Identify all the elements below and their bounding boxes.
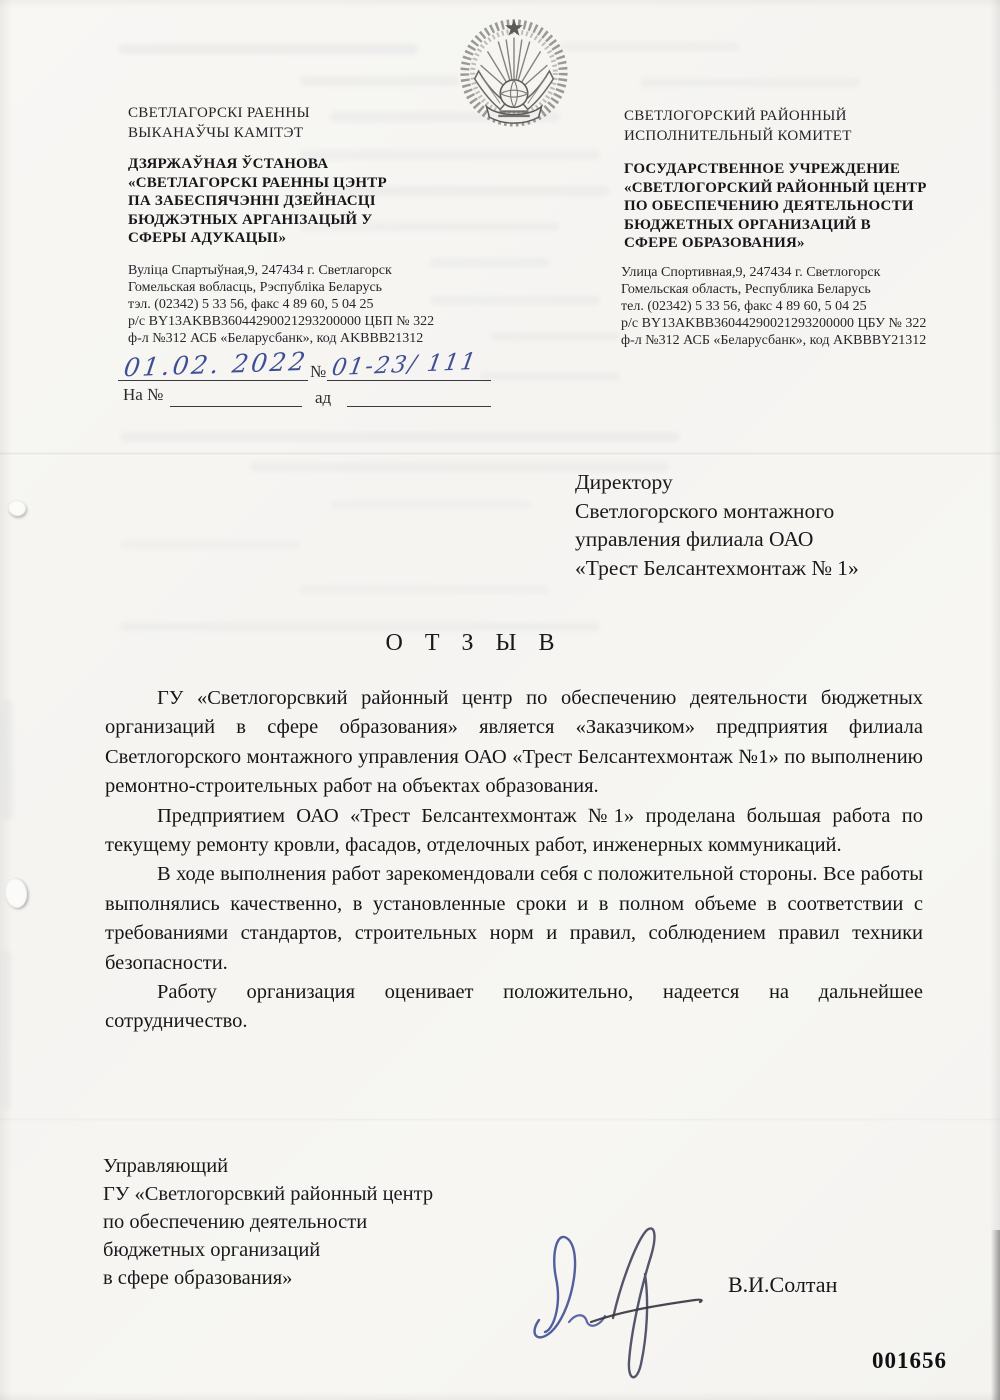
right-address-line: Гомельская область, Республика Беларусь xyxy=(621,281,926,298)
number-sign-label: № xyxy=(310,362,326,382)
left-committee-line1: СВЕТЛАГОРСКІ РАЕННЫ xyxy=(128,103,310,123)
signer-position-line: в сфере образования» xyxy=(103,1264,433,1292)
left-address-line: Вуліца Спартыўная,9, 247434 г. Светлагор… xyxy=(128,262,434,279)
bleed-through-artifact xyxy=(120,432,680,442)
left-org-line: ДЗЯРЖАЎНАЯ ЎСТАНОВА xyxy=(128,155,387,174)
number-underline xyxy=(327,380,491,381)
recipient-line: Светлогорского монтажного xyxy=(575,497,859,526)
left-org-line: СФЕРЫ АДУКАЦЫІ» xyxy=(128,229,387,248)
recipient-block: Директору Светлогорского монтажного упра… xyxy=(575,468,859,582)
right-org-line: «СВЕТЛОГОРСКИЙ РАЙОННЫЙ ЦЕНТР xyxy=(624,179,927,198)
scan-edge-shadow xyxy=(991,1230,1000,1400)
handwritten-date: 01.02. 2022 xyxy=(122,347,310,383)
signer-position-line: по обеспечению деятельности xyxy=(103,1208,433,1236)
belarus-coat-of-arms-emblem xyxy=(455,12,573,130)
body-paragraph: ГУ «Светлогорсвкий районный центр по обе… xyxy=(105,684,923,802)
bleed-through-artifact xyxy=(640,78,860,87)
document-title: О Т З Ы В xyxy=(0,630,945,657)
coat-of-arms-icon xyxy=(455,12,573,130)
left-address-line: Гомельская вобласць, Рэспубліка Беларусь xyxy=(128,279,434,296)
right-address-block: Улица Спортивная,9, 247434 г. Светлогорс… xyxy=(621,264,926,349)
left-address-line: ф-л №312 АСБ «Беларусбанк», код AKBBB213… xyxy=(128,330,434,347)
right-committee-name: СВЕТЛОГОРСКИЙ РАЙОННЫЙ ИСПОЛНИТЕЛЬНЫЙ КО… xyxy=(624,106,852,146)
right-address-line: Улица Спортивная,9, 247434 г. Светлогорс… xyxy=(621,264,926,281)
bleed-through-artifact xyxy=(2,950,12,1110)
signer-position-line: Управляющий xyxy=(103,1152,433,1180)
signer-position-line: бюджетных организаций xyxy=(103,1236,433,1264)
incoming-number-underline xyxy=(170,406,302,407)
right-organization-name: ГОСУДАРСТВЕННОЕ УЧРЕЖДЕНИЕ «СВЕТЛОГОРСКИ… xyxy=(624,160,927,253)
bleed-through-artifact xyxy=(330,500,530,509)
ad-underline xyxy=(347,406,491,407)
bleed-through-artifact xyxy=(430,296,600,305)
body-paragraph: Предприятием ОАО «Трест Белсантехмонтаж … xyxy=(105,802,923,861)
left-committee-name: СВЕТЛАГОРСКІ РАЕННЫ ВЫКАНАЎЧЫ КАМІТЭТ xyxy=(128,103,310,143)
handwritten-outgoing-number: 01-23/ 111 xyxy=(330,349,480,382)
right-org-line: СФЕРЕ ОБРАЗОВАНИЯ» xyxy=(624,234,927,253)
date-underline xyxy=(118,380,308,381)
right-address-line: р/с BY13AKBB36044290021293200000 ЦБУ № 3… xyxy=(621,315,926,332)
bleed-through-artifact xyxy=(300,76,460,86)
signature-icon xyxy=(525,1222,725,1392)
bleed-through-artifact xyxy=(490,332,620,341)
recipient-line: Директору xyxy=(575,468,859,497)
right-committee-line1: СВЕТЛОГОРСКИЙ РАЙОННЫЙ xyxy=(624,106,852,126)
bleed-through-artifact xyxy=(2,700,14,820)
letter-body: ГУ «Светлогорсвкий районный центр по обе… xyxy=(105,684,923,1037)
paper-crease xyxy=(0,452,1000,455)
body-paragraph: Работу организация оценивает положительн… xyxy=(105,978,923,1037)
paper-defect xyxy=(6,498,28,518)
na-number-label: На № xyxy=(123,385,163,405)
right-address-line: ф-л №312 АСБ «Беларусбанк», код AKBBBY21… xyxy=(621,332,926,349)
bleed-through-artifact xyxy=(560,42,740,51)
left-committee-line2: ВЫКАНАЎЧЫ КАМІТЭТ xyxy=(128,123,310,143)
left-address-line: тэл. (02342) 5 33 56, факс 4 89 60, 5 04… xyxy=(128,296,434,313)
bleed-through-artifact xyxy=(480,372,620,381)
left-address-line: р/с BY13AKBB36044290021293200000 ЦБП № 3… xyxy=(128,313,434,330)
signer-name: В.И.Солтан xyxy=(728,1272,837,1298)
left-org-line: «СВЕТЛАГОРСКІ РАЕННЫ ЦЭНТР xyxy=(128,174,387,193)
left-organization-name: ДЗЯРЖАЎНАЯ ЎСТАНОВА «СВЕТЛАГОРСКІ РАЕННЫ… xyxy=(128,155,387,248)
scanned-letter-page: СВЕТЛАГОРСКІ РАЕННЫ ВЫКАНАЎЧЫ КАМІТЭТ ДЗ… xyxy=(0,0,1000,1400)
ad-label: ад xyxy=(315,388,331,408)
right-org-line: ГОСУДАРСТВЕННОЕ УЧРЕЖДЕНИЕ xyxy=(624,160,927,179)
paper-crease xyxy=(0,1118,1000,1121)
bleed-through-artifact xyxy=(430,258,550,267)
recipient-line: управления филиала ОАО xyxy=(575,525,859,554)
left-org-line: ПА ЗАБЕСПЯЧЭННІ ДЗЕЙНАСЦІ xyxy=(128,192,387,211)
left-address-block: Вуліца Спартыўная,9, 247434 г. Светлагор… xyxy=(128,262,434,347)
right-committee-line2: ИСПОЛНИТЕЛЬНЫЙ КОМИТЕТ xyxy=(624,126,852,146)
handwritten-signature xyxy=(525,1222,725,1392)
body-paragraph: В ходе выполнения работ зарекомендовали … xyxy=(105,860,923,978)
left-org-line: БЮДЖЭТНЫХ АРГАНІЗАЦЫЙ У xyxy=(128,211,387,230)
recipient-line: «Трест Белсантехмонтаж № 1» xyxy=(575,554,859,583)
signer-position-block: Управляющий ГУ «Светлогорсвкий районный … xyxy=(103,1152,433,1292)
bleed-through-artifact xyxy=(118,44,418,54)
right-address-line: тел. (02342) 5 33 56, факс 4 89 60, 5 04… xyxy=(621,298,926,315)
right-org-line: БЮДЖЕТНЫХ ОРГАНИЗАЦИЙ В xyxy=(624,216,927,235)
signer-position-line: ГУ «Светлогорсвкий районный центр xyxy=(103,1180,433,1208)
right-org-line: ПО ОБЕСПЕЧЕНИЮ ДЕЯТЕЛЬНОСТИ xyxy=(624,197,927,216)
bleed-through-artifact xyxy=(300,585,550,594)
paper-defect xyxy=(3,877,29,910)
bleed-through-artifact xyxy=(120,540,300,549)
form-serial-number: 001656 xyxy=(872,1348,947,1374)
